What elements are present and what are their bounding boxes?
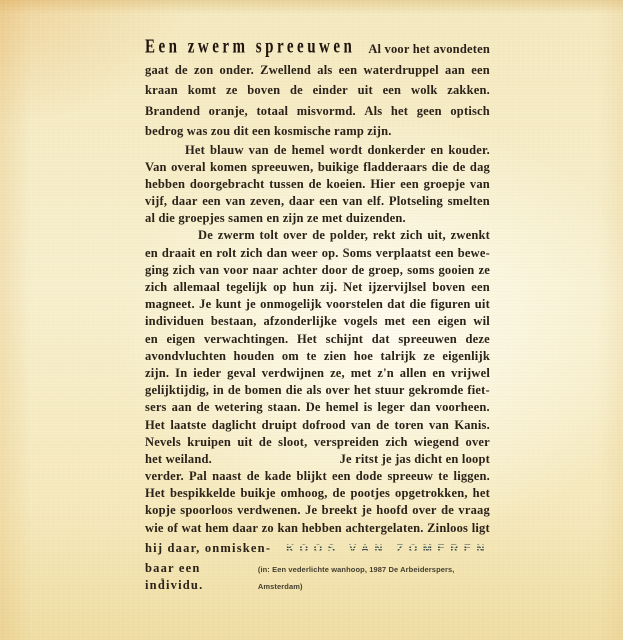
word: die: [432, 159, 449, 176]
text-line: verder.Palnaastdekadeblijkteendodespreeu…: [145, 468, 490, 485]
word: dode: [356, 468, 383, 485]
word: dat: [387, 296, 405, 313]
word: verplaatst: [376, 245, 431, 262]
word: bestaan,: [211, 313, 257, 330]
word: je: [246, 296, 256, 313]
word: op: [273, 279, 287, 296]
word: leger: [377, 399, 404, 416]
word: zo: [262, 520, 274, 537]
word: verwachtingen.: [204, 331, 288, 348]
word: de: [376, 417, 389, 434]
word: die: [410, 296, 427, 313]
word: wie: [145, 520, 164, 537]
text-line: het weiland.Je ritst je jas dicht en loo…: [145, 451, 490, 468]
word: van: [225, 193, 245, 210]
word: met: [351, 365, 372, 382]
word: ligt: [472, 520, 490, 537]
word: daar: [289, 193, 315, 210]
word: van: [199, 262, 219, 279]
word: ze,: [330, 365, 345, 382]
word: zeven,: [250, 193, 284, 210]
word: en: [145, 245, 158, 262]
word: op.: [322, 245, 339, 262]
word: Pal: [189, 468, 207, 485]
text-line: Nevelskruipenuitdesloot,verspreidenzichw…: [145, 434, 490, 451]
word: gooien: [438, 262, 474, 279]
word: en: [200, 245, 213, 262]
word: komen: [210, 159, 247, 176]
text-line: kopjespoorloosverdwenen.Jebreektjehoofdo…: [145, 502, 490, 519]
word: verder.: [145, 468, 184, 485]
word: rolt: [216, 245, 236, 262]
text-segment: al die groepjes samen en zijn ze met dui…: [145, 211, 406, 225]
word: over: [326, 382, 350, 399]
word: en: [432, 365, 445, 382]
word: bomen: [245, 382, 282, 399]
word: weer: [291, 245, 317, 262]
word: druipt: [262, 417, 297, 434]
word: zich: [173, 262, 195, 279]
word: zwenkt: [451, 227, 490, 244]
text-segment: Al voor het avondeten: [368, 39, 490, 60]
word: kruipen: [187, 434, 231, 451]
word: daglicht: [212, 417, 257, 434]
word: van: [351, 417, 371, 434]
word: Kanis.: [454, 417, 490, 434]
text-segment: bedrog was zou dit een kosmische ramp zi…: [145, 124, 392, 138]
word: spreeuwen,: [252, 159, 314, 176]
text-line: wieofwathemdaarzokanhebbenachtergelaten.…: [145, 520, 490, 537]
word: Het: [145, 485, 165, 502]
word: de: [441, 502, 454, 519]
word: verdwenen.: [237, 502, 300, 519]
word: om: [282, 348, 299, 365]
word: van: [429, 417, 449, 434]
word: voor: [223, 262, 248, 279]
author-name: KOOS VAN ZOMEREN: [286, 541, 490, 558]
word: ze: [226, 80, 238, 101]
word: Het: [185, 142, 205, 159]
word: de: [274, 142, 287, 159]
text-segment: hij daar, onmisken-: [145, 540, 271, 557]
word: ze: [478, 262, 490, 279]
word: z'n: [377, 365, 394, 382]
word: en: [431, 142, 444, 159]
word: die: [286, 382, 303, 399]
word: allemaal: [173, 279, 220, 296]
text-column: Een zwerm spreeuwenAl voor het avondeten…: [145, 39, 490, 577]
word: aan: [172, 399, 192, 416]
word: komt: [188, 80, 217, 101]
word: soms: [407, 262, 434, 279]
word: dan: [267, 245, 288, 262]
word: elf.: [367, 193, 384, 210]
word: stuur: [375, 382, 404, 399]
word: Van: [145, 159, 167, 176]
word: eigenlijk: [442, 348, 490, 365]
word: opgetrokken,: [395, 485, 468, 502]
word: verspreiden: [314, 434, 379, 451]
text-line: Vanoveralkomenspreeuwen,buikigefladderaa…: [145, 159, 490, 176]
word: Plotseling: [389, 193, 443, 210]
word: dag: [470, 159, 490, 176]
word: zich: [145, 279, 167, 296]
word: kade: [265, 468, 292, 485]
text-line: zichallemaaltegelijkophunzij.Netijzervij…: [145, 279, 490, 296]
word: vogels: [344, 313, 378, 330]
word: boven: [247, 80, 280, 101]
word: dat: [372, 331, 390, 348]
word: staan.: [268, 399, 301, 416]
word: is: [364, 399, 373, 416]
word: De: [198, 227, 213, 244]
word: een: [400, 176, 419, 193]
word: kopje: [145, 502, 176, 519]
word: vijf,: [145, 193, 167, 210]
word: boven: [432, 279, 465, 296]
word: als: [317, 60, 332, 81]
word: de: [228, 382, 241, 399]
word: Nevels: [145, 434, 181, 451]
word: schijnt: [326, 331, 364, 348]
word: Het: [297, 331, 317, 348]
word: allen: [400, 365, 427, 382]
word: smelten: [448, 193, 490, 210]
word: ieder: [193, 365, 221, 382]
word: het: [354, 382, 371, 399]
text-line: vijf,daareenvanzeven,daareenvanelf.Plots…: [145, 193, 490, 210]
word: kraan: [145, 80, 178, 101]
word: figuren: [430, 296, 470, 313]
word: daar: [232, 520, 258, 537]
word: zijn.: [145, 365, 169, 382]
word: Brandend: [145, 101, 200, 122]
word: De: [306, 399, 321, 416]
word: tegelijk: [226, 279, 267, 296]
word: talrijk: [381, 348, 416, 365]
word: van: [343, 193, 363, 210]
text-line: Dezwermtoltoverdepolder,rektzichuit,zwen…: [145, 227, 490, 244]
word: te: [438, 468, 448, 485]
word: achter: [282, 262, 317, 279]
word: het: [473, 485, 490, 502]
scanned-book-page: Een zwerm spreeuwenAl voor het avondeten…: [0, 0, 623, 640]
word: eigen: [167, 331, 196, 348]
word: buikige: [318, 159, 359, 176]
word: draait: [162, 245, 196, 262]
word: de: [197, 399, 210, 416]
word: bespikkelde: [170, 485, 235, 502]
word: overal: [171, 159, 206, 176]
text-line: baar een individu.(in: Een vederlichte w…: [145, 560, 490, 577]
word: Hier: [370, 176, 395, 193]
word: optisch: [450, 101, 490, 122]
word: wat: [182, 520, 202, 537]
word: Zwellend: [260, 60, 311, 81]
word: onder.: [220, 60, 254, 81]
word: uit: [358, 80, 373, 101]
word: de: [352, 262, 365, 279]
word: wiegend: [414, 434, 459, 451]
word: geval: [227, 365, 256, 382]
word: hebben: [302, 520, 342, 537]
word: omhoog,: [281, 485, 328, 502]
word: zich: [385, 434, 407, 451]
text-line: Een zwerm spreeuwenAl voor het avondeten: [145, 39, 490, 60]
word: blauw: [210, 142, 244, 159]
word: daar: [172, 193, 198, 210]
word: groep,: [368, 262, 403, 279]
word: groepje: [424, 176, 465, 193]
word: kunt: [216, 296, 242, 313]
word: de: [453, 159, 466, 176]
word: Als: [364, 101, 382, 122]
word: wil: [473, 313, 490, 330]
word: hem: [205, 520, 229, 537]
text-line: eneigenverwachtingen.Hetschijntdatspreeu…: [145, 331, 490, 348]
word: te: [306, 348, 316, 365]
word: breekt: [322, 502, 358, 519]
word: over: [412, 502, 436, 519]
word: hebben: [145, 176, 185, 193]
source-attribution: (in: Een vederlichte wanhoop, 1987 De Ar…: [258, 561, 490, 595]
word: fiet-: [467, 382, 490, 399]
text-line: endraaitenroltzichdanweerop.Somsverplaat…: [145, 245, 490, 262]
word: een: [319, 193, 338, 210]
word: fladderaars: [363, 159, 427, 176]
word: individuen: [145, 313, 204, 330]
word: ijzervijlsel: [368, 279, 426, 296]
word: een: [471, 60, 490, 81]
word: onmogelijk: [260, 296, 322, 313]
word: misvormd.: [297, 101, 356, 122]
text-line: Hetbespikkeldebuikjeomhoog,depootjesopge…: [145, 485, 490, 502]
word: Zinloos: [427, 520, 468, 537]
word: waterdruppel: [364, 60, 439, 81]
text-segment: Je ritst je jas dicht en loopt: [340, 451, 490, 468]
word: blijkt: [296, 468, 326, 485]
word: als: [306, 382, 321, 399]
article-title: Een zwerm spreeuwen: [145, 33, 355, 61]
word: de: [259, 434, 272, 451]
word: achtergelaten.: [345, 520, 423, 537]
word: of: [167, 520, 178, 537]
text-line: Brandendoranje,totaalmisvormd.Alshetgeen…: [145, 101, 490, 122]
word: totaal: [256, 101, 288, 122]
word: de: [290, 80, 303, 101]
word: naar: [252, 262, 278, 279]
word: vraag: [458, 502, 490, 519]
word: wordt: [330, 142, 363, 159]
word: toren: [394, 417, 423, 434]
text-line: hij daar, onmisken-KOOS VAN ZOMEREN: [145, 540, 490, 557]
word: Net: [343, 279, 362, 296]
word: gaat: [145, 60, 169, 81]
word: kan: [277, 520, 298, 537]
word: geen: [417, 101, 442, 122]
word: door: [322, 262, 348, 279]
word: koeien.: [326, 176, 365, 193]
word: kouder.: [448, 142, 490, 159]
word: de: [312, 227, 325, 244]
word: en: [145, 331, 158, 348]
word: ging: [145, 262, 169, 279]
word: zakken.: [447, 80, 490, 101]
word: oranje,: [209, 101, 248, 122]
word: een: [202, 193, 221, 210]
word: dofrood: [302, 417, 346, 434]
word: einder: [313, 80, 348, 101]
text-line: hebbendoorgebrachttussendekoeien.Hiereen…: [145, 176, 490, 193]
text-line: zijn.Iniedergevalverdwijnenze,metz'nalle…: [145, 365, 490, 382]
word: deze: [466, 331, 490, 348]
text-line: bedrog was zou dit een kosmische ramp zi…: [145, 121, 490, 142]
word: uit: [475, 296, 490, 313]
text-segment: het weiland.: [145, 451, 212, 468]
word: in: [213, 382, 224, 399]
text-line: avondvluchtenhoudenomtezienhoetalrijkzee…: [145, 348, 490, 365]
word: het: [391, 101, 408, 122]
word: zich: [400, 227, 422, 244]
word: vrijwel: [451, 365, 490, 382]
word: van: [470, 176, 490, 193]
word: sloot,: [278, 434, 307, 451]
word: afzonderlijke: [263, 313, 336, 330]
word: buikje: [240, 485, 275, 502]
word: uit: [237, 434, 252, 451]
word: de: [333, 485, 346, 502]
word: aan: [445, 60, 465, 81]
word: wolk: [411, 80, 438, 101]
word: je: [362, 502, 372, 519]
word: dan: [410, 399, 431, 416]
text-line: Hetlaatstedaglichtdruiptdofroodvandetore…: [145, 417, 490, 434]
word: tussen: [269, 176, 304, 193]
text-line: gingzichvanvoornaarachterdoordegroep,som…: [145, 262, 490, 279]
word: avondvluchten: [145, 348, 226, 365]
word: een: [339, 60, 358, 81]
word: een: [383, 80, 402, 101]
text-line: kraankomtzebovendeeinderuiteenwolkzakken…: [145, 80, 490, 101]
word: sers: [145, 399, 167, 416]
word: tolt: [260, 227, 279, 244]
word: zien: [324, 348, 346, 365]
word: Het: [145, 417, 165, 434]
word: over: [283, 227, 307, 244]
word: de: [175, 60, 188, 81]
word: hoofd: [376, 502, 408, 519]
word: magneet.: [145, 296, 195, 313]
paper-speck: [161, 578, 164, 581]
word: naast: [212, 468, 241, 485]
word: hemel: [292, 142, 325, 159]
text-line: magneet.Jekuntjeonmogelijkvoorstelendatd…: [145, 296, 490, 313]
word: een: [471, 279, 490, 296]
word: laatste: [170, 417, 206, 434]
text-line: gaatdezononder.Zwellendalseenwaterdruppe…: [145, 60, 490, 81]
word: zij.: [320, 279, 337, 296]
word: rekt: [373, 227, 396, 244]
word: van: [249, 142, 269, 159]
word: verdwijnen: [262, 365, 324, 382]
word: houden: [234, 348, 275, 365]
word: spreeuw: [387, 468, 433, 485]
word: wetering: [215, 399, 263, 416]
word: pootjes: [350, 485, 390, 502]
word: hun: [293, 279, 314, 296]
word: voorstelen: [326, 296, 383, 313]
word: bewe-: [458, 245, 490, 262]
word: een: [435, 245, 454, 262]
word: Soms: [343, 245, 372, 262]
word: ze: [423, 348, 435, 365]
word: eigen: [438, 313, 467, 330]
word: hemel: [326, 399, 359, 416]
word: doorgebracht: [190, 176, 265, 193]
word: zon: [194, 60, 213, 81]
word: donkerder: [367, 142, 425, 159]
text-line: individuenbestaan,afzonderlijkevogelsmet…: [145, 313, 490, 330]
word: liggen.: [454, 468, 490, 485]
word: een: [412, 313, 431, 330]
word: de: [247, 468, 260, 485]
word: uit,: [427, 227, 446, 244]
word: polder,: [330, 227, 368, 244]
word: zwerm: [218, 227, 255, 244]
word: Je: [305, 502, 317, 519]
text-line: al die groepjes samen en zijn ze met dui…: [145, 210, 490, 227]
word: In: [175, 365, 187, 382]
word: spreeuwen: [398, 331, 457, 348]
word: met: [385, 313, 406, 330]
word: Je: [199, 296, 211, 313]
word: over: [466, 434, 490, 451]
word: spoorloos: [180, 502, 233, 519]
word: een: [332, 468, 351, 485]
word: gekromde: [409, 382, 464, 399]
text-line: Hetblauwvandehemelwordtdonkerderenkouder…: [145, 142, 490, 159]
word: hoe: [354, 348, 373, 365]
text-line: gelijktijdig,indebomendiealsoverhetstuur…: [145, 382, 490, 399]
word: gelijktijdig,: [145, 382, 209, 399]
word: voorheen.: [436, 399, 490, 416]
text-line: sersaandeweteringstaan.Dehemelislegerdan…: [145, 399, 490, 416]
word: zich: [240, 245, 262, 262]
word: de: [309, 176, 322, 193]
